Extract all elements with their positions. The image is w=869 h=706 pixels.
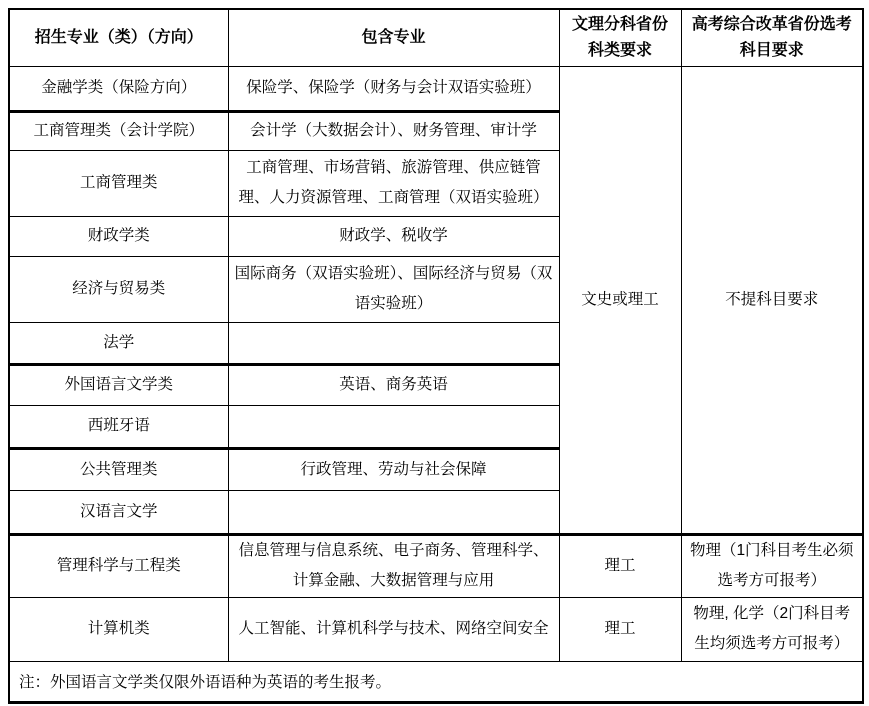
header-row: 招生专业（类）（方向） 包含专业 文理分科省份 科类要求 高考综合改革省份选考 … — [9, 9, 863, 66]
cell-major: 汉语言文学 — [9, 490, 228, 534]
cell-included-majors — [228, 490, 559, 534]
table-row: 金融学类（保险方向） 保险学、保险学（财务与会计双语实验班） 文史或理工 不提科… — [9, 66, 863, 111]
cell-included-majors: 会计学（大数据会计）、财务管理、审计学 — [228, 111, 559, 150]
cell-included-majors: 英语、商务英语 — [228, 364, 559, 405]
cell-category-requirement: 理工 — [559, 534, 681, 597]
cell-major: 金融学类（保险方向） — [9, 66, 228, 111]
cell-major: 经济与贸易类 — [9, 256, 228, 322]
cell-category-requirement: 理工 — [559, 597, 681, 661]
cell-major: 工商管理类 — [9, 150, 228, 216]
cell-major: 公共管理类 — [9, 448, 228, 490]
header-admission-major: 招生专业（类）（方向） — [9, 9, 228, 66]
cell-major: 工商管理类（会计学院） — [9, 111, 228, 150]
cell-included-majors: 财政学、税收学 — [228, 216, 559, 256]
cell-major: 西班牙语 — [9, 405, 228, 448]
table-row: 管理科学与工程类 信息管理与信息系统、电子商务、管理科学、计算金融、大数据管理与… — [9, 534, 863, 597]
cell-included-majors: 工商管理、市场营销、旅游管理、供应链管理、人力资源管理、工商管理（双语实验班） — [228, 150, 559, 216]
cell-arts-science-requirement: 文史或理工 — [559, 66, 681, 534]
header-included-majors: 包含专业 — [228, 9, 559, 66]
note-row: 注：外国语言文学类仅限外语语种为英语的考生报考。 — [9, 661, 863, 702]
cell-included-majors: 行政管理、劳动与社会保障 — [228, 448, 559, 490]
cell-subject-requirement: 物理（1门科目考生必须选考方可报考） — [681, 534, 863, 597]
header-arts-science-requirement: 文理分科省份 科类要求 — [559, 9, 681, 66]
cell-included-majors — [228, 405, 559, 448]
cell-included-majors: 信息管理与信息系统、电子商务、管理科学、计算金融、大数据管理与应用 — [228, 534, 559, 597]
cell-major: 外国语言文学类 — [9, 364, 228, 405]
cell-included-majors: 保险学、保险学（财务与会计双语实验班） — [228, 66, 559, 111]
cell-major: 法学 — [9, 322, 228, 364]
table-row: 计算机类 人工智能、计算机科学与技术、网络空间安全 理工 物理, 化学（2门科目… — [9, 597, 863, 661]
cell-included-majors: 国际商务（双语实验班）、国际经济与贸易（双语实验班） — [228, 256, 559, 322]
cell-subject-requirement: 物理, 化学（2门科目考生均须选考方可报考） — [681, 597, 863, 661]
table-note: 注：外国语言文学类仅限外语语种为英语的考生报考。 — [9, 661, 863, 702]
cell-included-majors: 人工智能、计算机科学与技术、网络空间安全 — [228, 597, 559, 661]
cell-major: 管理科学与工程类 — [9, 534, 228, 597]
cell-reform-requirement: 不提科目要求 — [681, 66, 863, 534]
cell-major: 计算机类 — [9, 597, 228, 661]
admissions-majors-table: 招生专业（类）（方向） 包含专业 文理分科省份 科类要求 高考综合改革省份选考 … — [8, 8, 864, 704]
document-page: 招生专业（类）（方向） 包含专业 文理分科省份 科类要求 高考综合改革省份选考 … — [0, 0, 869, 704]
cell-included-majors — [228, 322, 559, 364]
header-reform-subject-requirement: 高考综合改革省份选考 科目要求 — [681, 9, 863, 66]
cell-major: 财政学类 — [9, 216, 228, 256]
